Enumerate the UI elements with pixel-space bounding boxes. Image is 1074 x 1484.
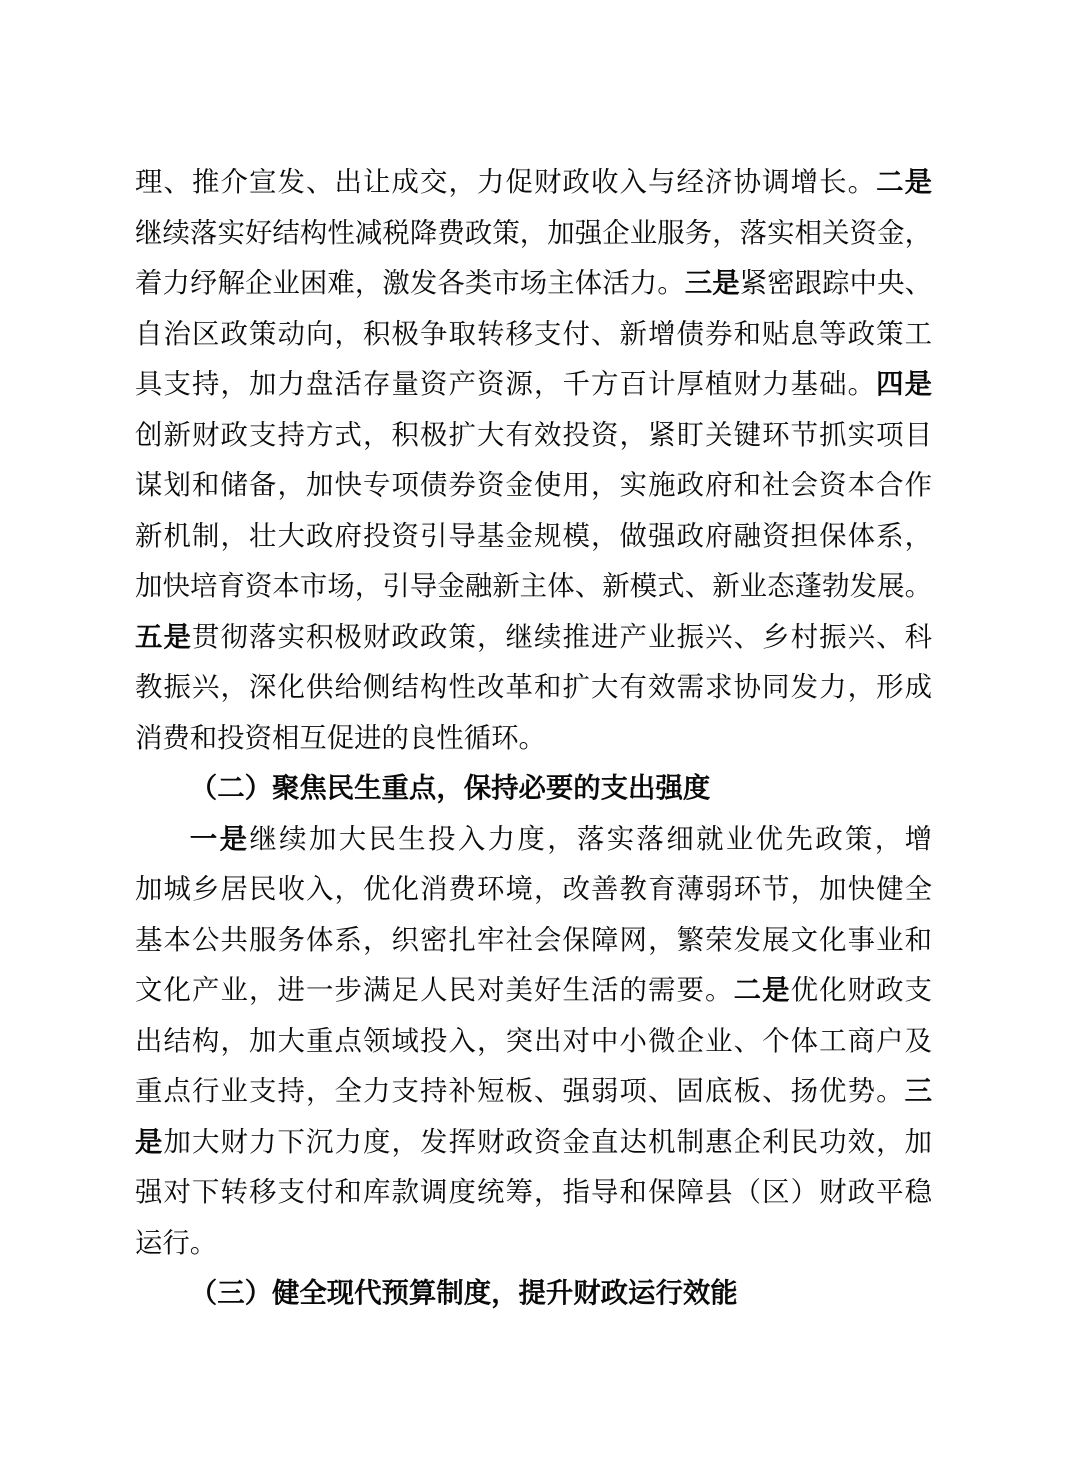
emphasis-text-segment: 是: [135, 1127, 164, 1157]
text-segment: 理、推介宣发、出让成交，力促财政收入与经济协调增长。: [135, 167, 876, 197]
text-segment: 优化财政支: [791, 975, 932, 1005]
text-line: 基本公共服务体系，织密扎牢社会保障网，繁荣发展文化事业和: [135, 915, 932, 966]
text-line: 消费和投资相互促进的良性循环。: [135, 713, 932, 764]
text-segment: 消费和投资相互促进的良性循环。: [135, 723, 546, 753]
emphasis-text-segment: 五是: [135, 622, 192, 652]
text-segment: 自治区政策动向，积极争取转移支付、新增债券和贴息等政策工: [135, 319, 932, 349]
text-line: 新机制，壮大政府投资引导基金规模，做强政府融资担保体系，: [135, 511, 932, 562]
text-line: 文化产业，进一步满足人民对美好生活的需要。二是优化财政支: [135, 965, 932, 1016]
text-line: 具支持，加力盘活存量资产资源，千方百计厚植财力基础。四是: [135, 359, 932, 410]
emphasis-text-segment: 一是: [190, 824, 250, 854]
text-line: 重点行业支持，全力支持补短板、强弱项、固底板、扬优势。三: [135, 1066, 932, 1117]
text-segment: 基本公共服务体系，织密扎牢社会保障网，繁荣发展文化事业和: [135, 925, 932, 955]
text-line: 着力纾解企业困难，激发各类市场主体活力。三是紧密跟踪中央、: [135, 258, 932, 309]
text-segment: 继续加大民生投入力度，落实落细就业优先政策，增: [249, 824, 932, 854]
emphasis-text-segment: 四是: [876, 369, 932, 399]
text-segment: 谋划和储备，加快专项债券资金使用，实施政府和社会资本合作: [135, 470, 932, 500]
emphasis-text-segment: 二是: [734, 975, 791, 1005]
text-line: 教振兴，深化供给侧结构性改革和扩大有效需求协同发力，形成: [135, 662, 932, 713]
text-segment: 重点行业支持，全力支持补短板、强弱项、固底板、扬优势。: [135, 1076, 905, 1106]
text-segment: 加城乡居民收入，优化消费环境，改善教育薄弱环节，加快健全: [135, 874, 932, 904]
text-line: 一是继续加大民生投入力度，落实落细就业优先政策，增: [135, 814, 932, 865]
text-segment: 强对下转移支付和库款调度统筹，指导和保障县（区）财政平稳: [135, 1177, 932, 1207]
text-segment: 教振兴，深化供给侧结构性改革和扩大有效需求协同发力，形成: [135, 672, 932, 702]
text-segment: 加快培育资本市场，引导金融新主体、新模式、新业态蓬勃发展。: [135, 571, 932, 601]
emphasis-text-segment: 二是: [876, 167, 932, 197]
text-line: 出结构，加大重点领域投入，突出对中小微企业、个体工商户及: [135, 1016, 932, 1067]
text-line: 谋划和储备，加快专项债券资金使用，实施政府和社会资本合作: [135, 460, 932, 511]
text-segment: 出结构，加大重点领域投入，突出对中小微企业、个体工商户及: [135, 1026, 932, 1056]
text-line: 自治区政策动向，积极争取转移支付、新增债券和贴息等政策工: [135, 309, 932, 360]
text-segment: 创新财政支持方式，积极扩大有效投资，紧盯关键环节抓实项目: [135, 420, 932, 450]
emphasis-text-segment: 三是: [685, 268, 740, 298]
text-line: 强对下转移支付和库款调度统筹，指导和保障县（区）财政平稳: [135, 1167, 932, 1218]
emphasis-text-segment: （二）聚焦民生重点，保持必要的支出强度: [190, 773, 710, 803]
text-line: 是加大财力下沉力度，发挥财政资金直达机制惠企利民功效，加: [135, 1117, 932, 1168]
text-segment: 贯彻落实积极财政政策，继续推进产业振兴、乡村振兴、科: [192, 622, 932, 652]
text-line: 加快培育资本市场，引导金融新主体、新模式、新业态蓬勃发展。: [135, 561, 932, 612]
text-segment: 着力纾解企业困难，激发各类市场主体活力。: [135, 268, 685, 298]
text-segment: 文化产业，进一步满足人民对美好生活的需要。: [135, 975, 734, 1005]
text-line: 运行。: [135, 1218, 932, 1269]
text-line: 继续落实好结构性减税降费政策，加强企业服务，落实相关资金，: [135, 208, 932, 259]
text-line: 加城乡居民收入，优化消费环境，改善教育薄弱环节，加快健全: [135, 864, 932, 915]
emphasis-text-segment: 三: [905, 1076, 932, 1106]
document-body: 理、推介宣发、出让成交，力促财政收入与经济协调增长。二是继续落实好结构性减税降费…: [135, 157, 932, 1319]
text-segment: 继续落实好结构性减税降费政策，加强企业服务，落实相关资金，: [135, 218, 932, 248]
text-segment: 具支持，加力盘活存量资产资源，千方百计厚植财力基础。: [135, 369, 876, 399]
text-segment: 加大财力下沉力度，发挥财政资金直达机制惠企利民功效，加: [164, 1127, 932, 1157]
section-heading: （二）聚焦民生重点，保持必要的支出强度: [135, 763, 932, 814]
emphasis-text-segment: （三）健全现代预算制度，提升财政运行效能: [190, 1278, 738, 1308]
text-line: 理、推介宣发、出让成交，力促财政收入与经济协调增长。二是: [135, 157, 932, 208]
section-heading: （三）健全现代预算制度，提升财政运行效能: [135, 1268, 932, 1319]
text-line: 创新财政支持方式，积极扩大有效投资，紧盯关键环节抓实项目: [135, 410, 932, 461]
document-page: 理、推介宣发、出让成交，力促财政收入与经济协调增长。二是继续落实好结构性减税降费…: [0, 0, 1074, 1484]
text-segment: 运行。: [135, 1228, 217, 1258]
text-line: 五是贯彻落实积极财政政策，继续推进产业振兴、乡村振兴、科: [135, 612, 932, 663]
text-segment: 新机制，壮大政府投资引导基金规模，做强政府融资担保体系，: [135, 521, 932, 551]
text-segment: 紧密跟踪中央、: [740, 268, 932, 298]
